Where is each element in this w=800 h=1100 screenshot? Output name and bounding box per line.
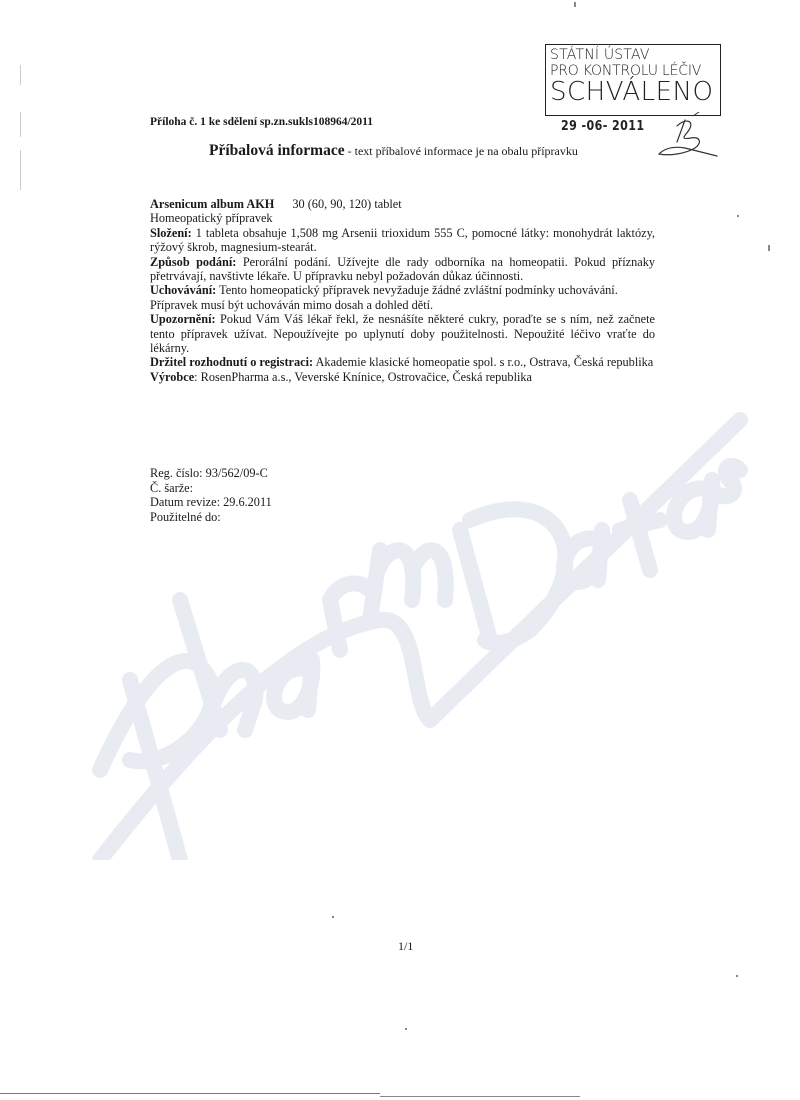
- section-text: Tento homeopatický přípravek nevyžaduje …: [216, 283, 618, 297]
- expiry-date: Použitelné do:: [150, 510, 272, 525]
- scan-speck: [574, 2, 576, 7]
- product-quantity: 30 (60, 90, 120) tablet: [292, 197, 401, 211]
- scan-speck: [768, 245, 770, 251]
- registration-info: Reg. číslo: 93/562/09-C Č. šarže: Datum …: [150, 466, 272, 524]
- section-label: Držitel rozhodnutí o registraci:: [150, 355, 313, 369]
- product-type: Homeopatický přípravek: [150, 211, 655, 225]
- scan-speck: [20, 112, 21, 137]
- section-label: Uchovávání:: [150, 283, 216, 297]
- batch-number: Č. šarže:: [150, 481, 272, 496]
- section-children-warning: Přípravek musí být uchováván mimo dosah …: [150, 298, 655, 312]
- title-subtitle: - text příbalové informace je na obalu p…: [345, 144, 578, 158]
- section-manufacturer: Výrobce: RosenPharma a.s., Veverské Knín…: [150, 370, 655, 384]
- section-text: Akademie klasické homeopatie spol. s r.o…: [313, 355, 653, 369]
- section-warning: Upozornění: Pokud Vám Váš lékař řekl, že…: [150, 312, 655, 355]
- scan-speck: [20, 150, 21, 190]
- registration-number: Reg. číslo: 93/562/09-C: [150, 466, 272, 481]
- approval-stamp: STÁTNÍ ÚSTAV PRO KONTROLU LÉČIV SCHVÁLEN…: [545, 44, 721, 116]
- scan-speck: [737, 215, 739, 217]
- scan-edge-line: [380, 1096, 580, 1097]
- section-administration: Způsob podání: Perorální podání. Užívejt…: [150, 255, 655, 284]
- section-text: 1 tableta obsahuje 1,508 mg Arsenii trio…: [150, 226, 655, 254]
- scan-speck: [332, 916, 334, 918]
- section-storage: Uchovávání: Tento homeopatický přípravek…: [150, 283, 655, 297]
- section-holder: Držitel rozhodnutí o registraci: Akademi…: [150, 355, 655, 369]
- stamp-approved: SCHVÁLENO: [550, 77, 720, 107]
- section-text: Přípravek musí být uchováván mimo dosah …: [150, 298, 433, 312]
- reference-number: Příloha č. 1 ke sdělení sp.zn.sukls10896…: [150, 116, 373, 128]
- scan-edge-line: [0, 1093, 380, 1094]
- product-line: Arsenicum album AKH30 (60, 90, 120) tabl…: [150, 197, 655, 211]
- section-label: Výrobce: [150, 370, 194, 384]
- section-composition: Složení: 1 tableta obsahuje 1,508 mg Ars…: [150, 226, 655, 255]
- scan-speck: [405, 1028, 407, 1030]
- stamp-date: 29 -06- 2011: [561, 119, 644, 134]
- title-bold: Příbalová informace: [209, 142, 345, 159]
- section-text: : RosenPharma a.s., Veverské Knínice, Os…: [194, 370, 532, 384]
- section-text: Pokud Vám Váš lékař řekl, že nesnášíte n…: [150, 312, 655, 355]
- section-label: Upozornění:: [150, 312, 216, 326]
- product-name: Arsenicum album AKH: [150, 197, 274, 211]
- scan-speck: [20, 65, 21, 85]
- revision-date: Datum revize: 29.6.2011: [150, 495, 272, 510]
- section-label: Složení:: [150, 226, 192, 240]
- page-number: 1/1: [398, 939, 413, 954]
- section-label: Způsob podání:: [150, 255, 236, 269]
- leaflet-body: Arsenicum album AKH30 (60, 90, 120) tabl…: [150, 197, 655, 384]
- signature-icon: [655, 112, 725, 162]
- document-title: Příbalová informace - text příbalové inf…: [209, 142, 578, 160]
- scan-speck: [736, 975, 738, 977]
- stamp-line-1: STÁTNÍ ÚSTAV: [550, 47, 720, 63]
